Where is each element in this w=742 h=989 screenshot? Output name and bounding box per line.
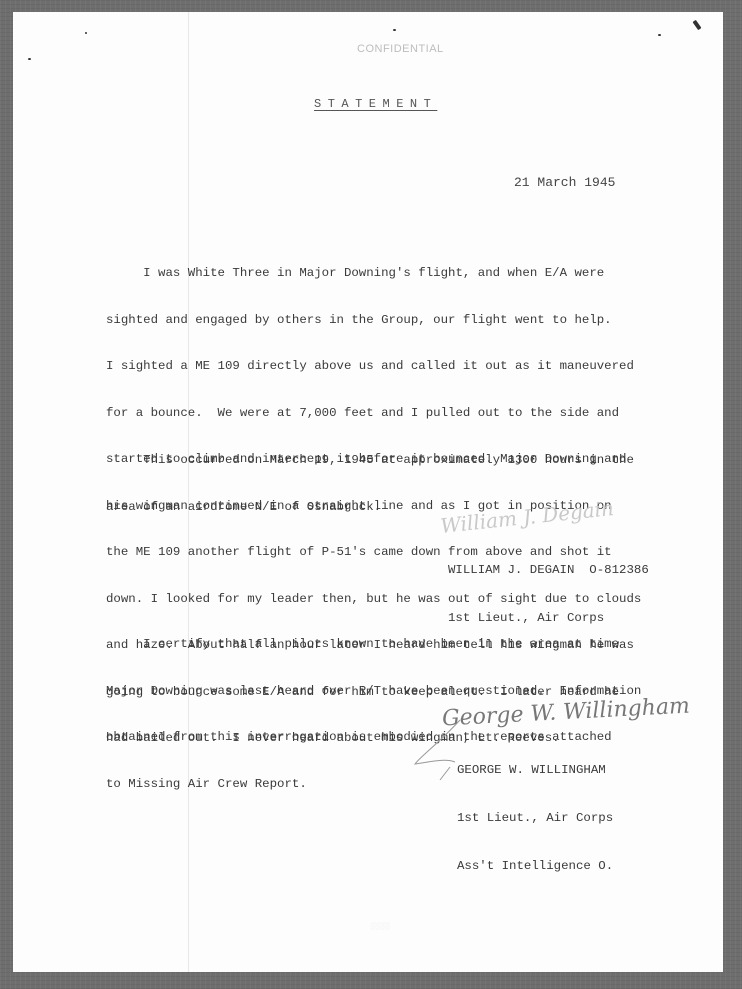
text-line: I certify that all pilots known to have … <box>106 637 641 653</box>
text-line: sighted and engaged by others in the Gro… <box>106 313 641 329</box>
scan-speck <box>658 34 661 36</box>
scan-speck <box>393 29 396 31</box>
signatory-name: WILLIAM J. DEGAIN O-812386 <box>448 562 649 578</box>
scan-mark <box>692 20 701 30</box>
scan-speck <box>28 58 31 60</box>
document-title: STATEMENT <box>314 97 437 111</box>
signatory-title: Ass't Intelligence O. <box>457 858 613 874</box>
document-date: 21 March 1945 <box>514 175 615 190</box>
signatory-rank: 1st Lieut., Air Corps <box>457 810 613 826</box>
text-line: Major Downing was last heard over R/T ha… <box>106 684 641 700</box>
text-line: I sighted a ME 109 directly above us and… <box>106 359 641 375</box>
text-line: for a bounce. We were at 7,000 feet and … <box>106 406 641 422</box>
signature-block-willingham: GEORGE W. WILLINGHAM 1st Lieut., Air Cor… <box>457 730 613 890</box>
signatory-name: GEORGE W. WILLINGHAM <box>457 762 613 778</box>
text-line: This occurred on March 19, 1945 at appro… <box>106 453 634 469</box>
scan-speck <box>85 32 87 34</box>
faint-footer-mark: ░░░░ <box>370 923 390 930</box>
confidential-stamp: CONFIDENTIAL <box>357 43 444 55</box>
text-line: I was White Three in Major Downing's fli… <box>106 266 641 282</box>
